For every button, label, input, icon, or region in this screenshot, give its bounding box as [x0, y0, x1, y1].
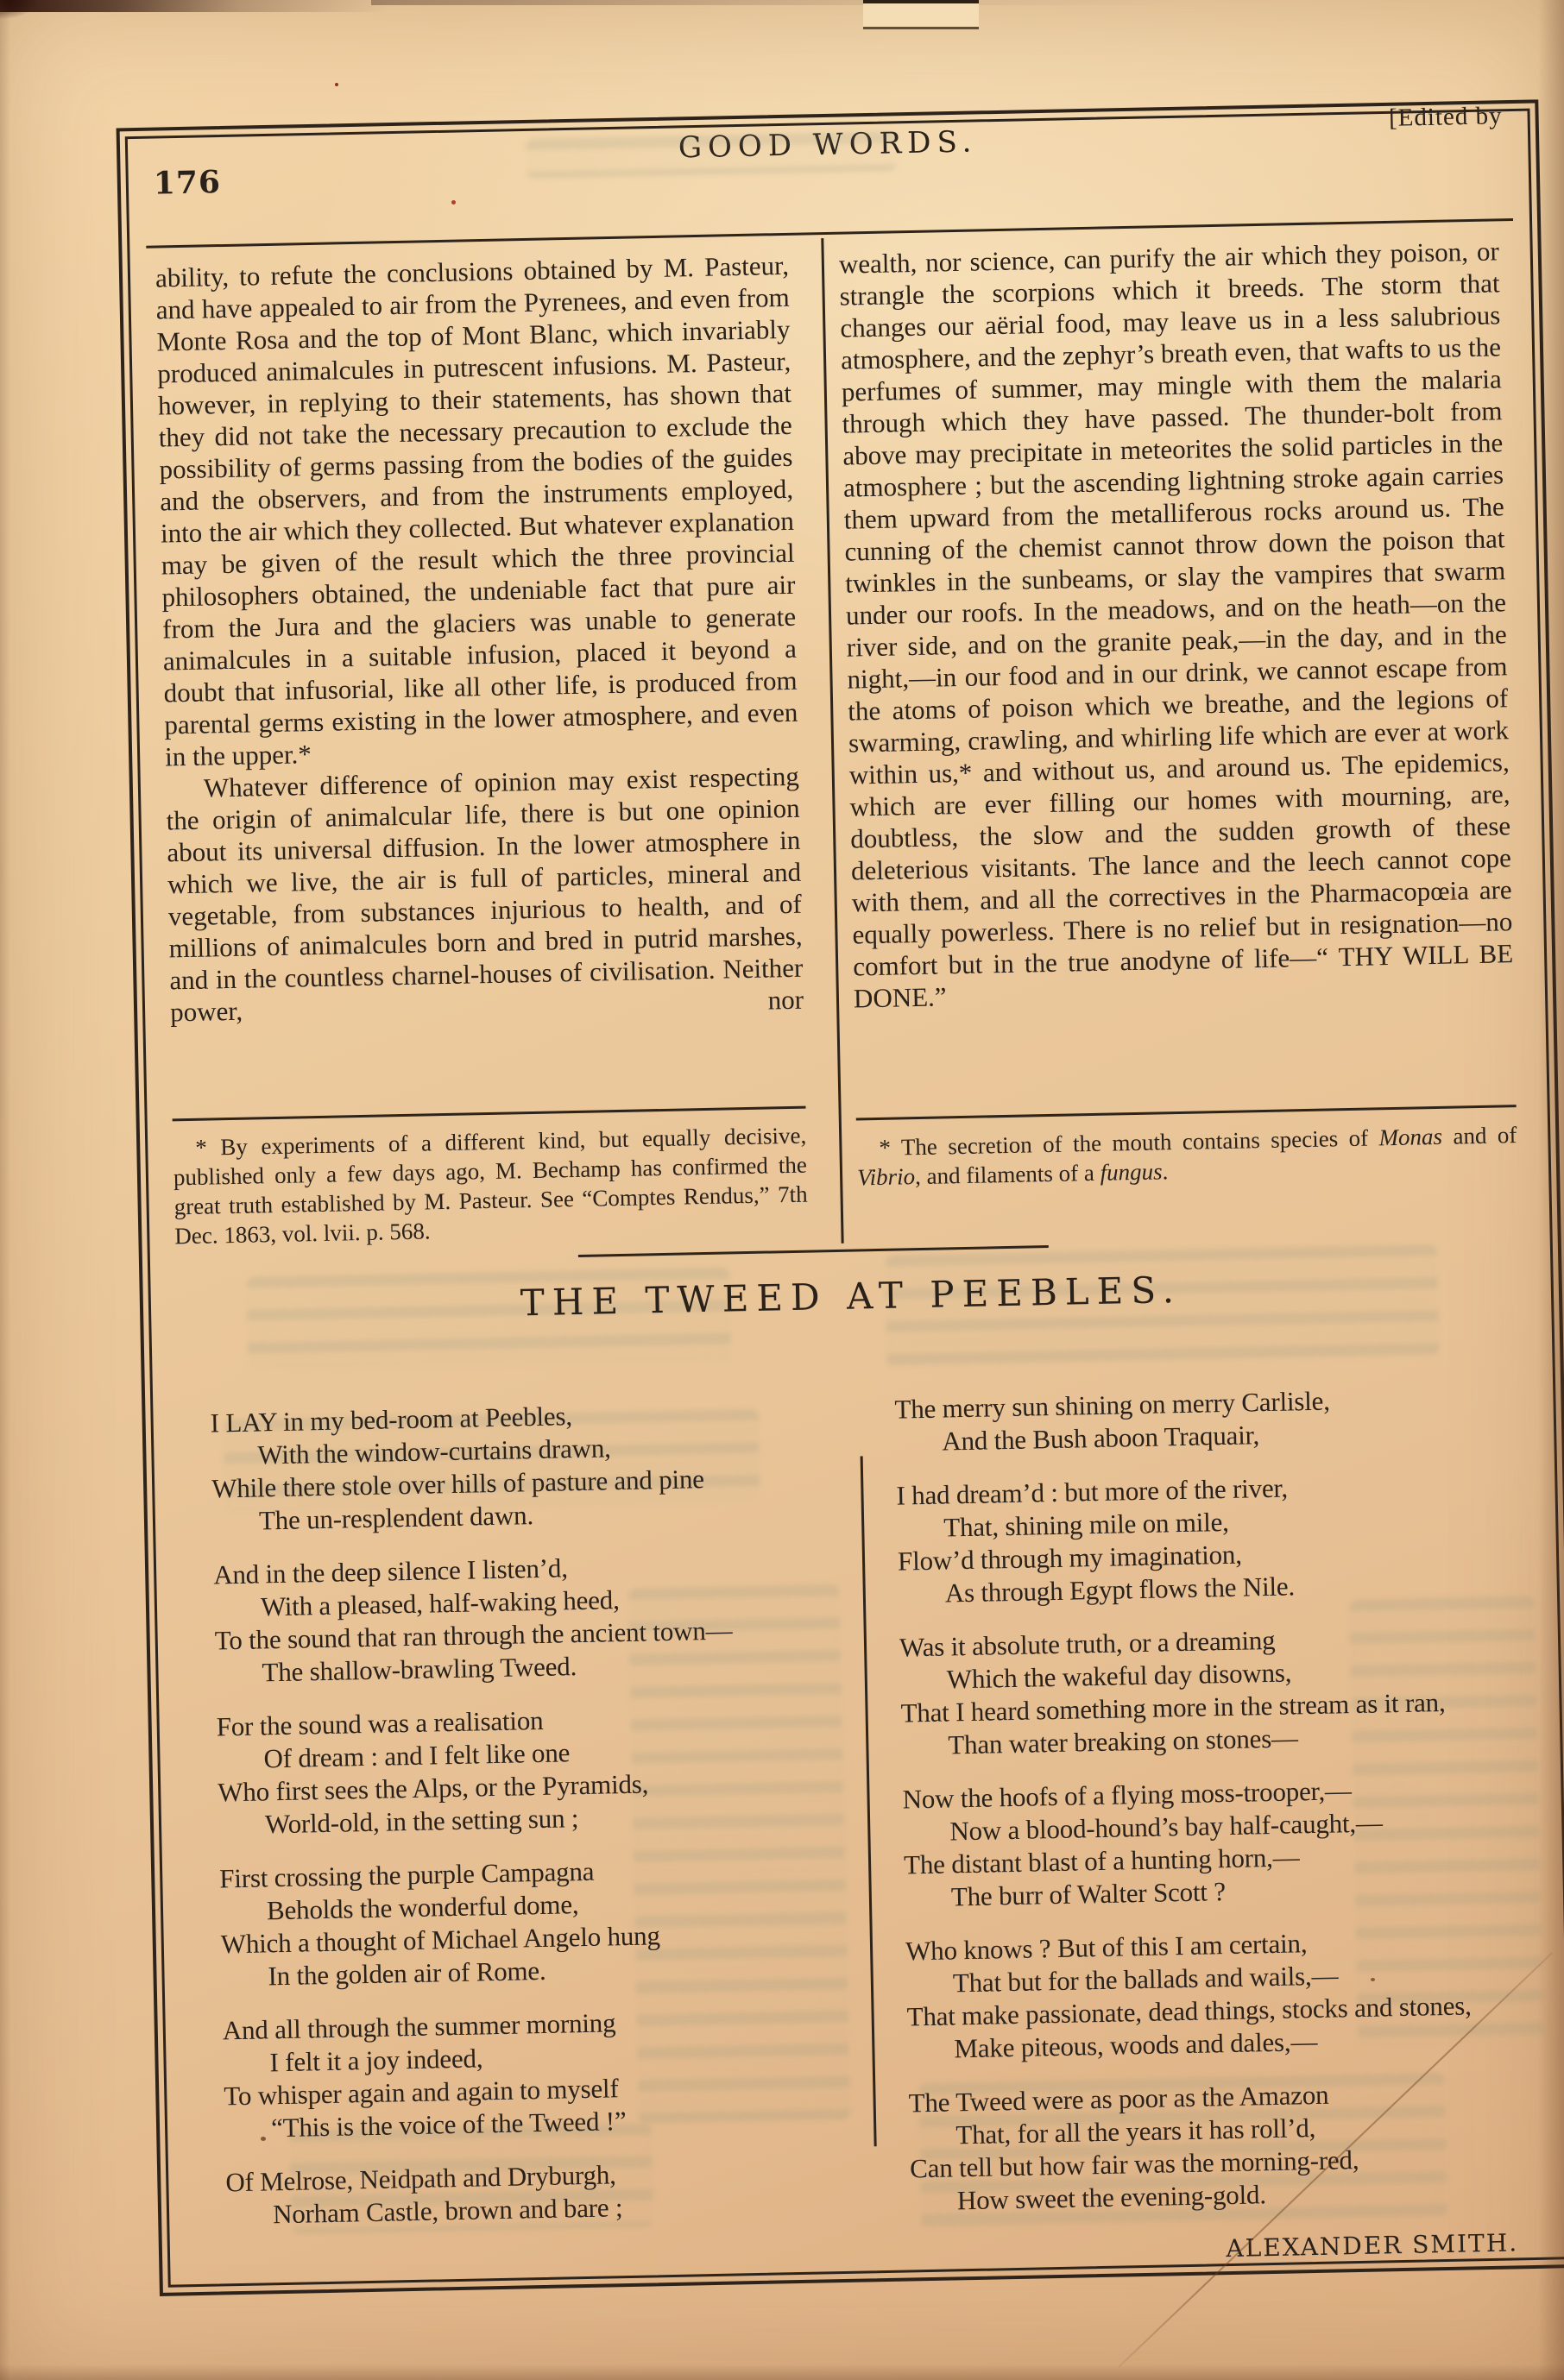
poem-stanza: Of Melrose, Neidpath and Dryburgh,Norham…: [225, 2154, 858, 2232]
poem-stanza: And in the deep silence I listen’d,With …: [213, 1546, 848, 1691]
column-divider-rule: [821, 238, 843, 1244]
plain-text: * The secretion of the mouth contains sp…: [879, 1124, 1379, 1161]
paper-speck: [451, 200, 456, 205]
italic-text: Monas: [1378, 1124, 1442, 1150]
poem-stanza: Now the hoofs of a flying moss-trooper,—…: [902, 1770, 1556, 1914]
poem-left-column: I LAY in my bed-room at Peebles,With the…: [210, 1395, 859, 2280]
edited-by-note: [Edited by: [1389, 102, 1503, 133]
paper-speck: [1371, 1978, 1375, 1981]
plain-text: and of: [1442, 1122, 1517, 1149]
italic-text: Vibrio: [857, 1163, 916, 1190]
plain-text: .: [1162, 1158, 1168, 1184]
italic-text: fungus: [1100, 1158, 1163, 1185]
poem-stanza: Who knows ? But of this I am certain,Tha…: [905, 1922, 1560, 2066]
paper-speck: [335, 83, 338, 86]
article-right-column: wealth, nor science, can purify the air …: [839, 235, 1517, 1119]
bleed-through-ghost: [526, 131, 898, 179]
poem-stanzas: I LAY in my bed-room at Peebles,With the…: [210, 1395, 858, 2232]
footnote-left: * By experiments of a different kind, bu…: [173, 1121, 809, 1251]
article-paragraph: wealth, nor science, can purify the air …: [839, 235, 1515, 1014]
plain-text: , and filaments of a: [915, 1160, 1100, 1189]
poem-stanzas: The merry sun shining on merry Carlisle,…: [894, 1380, 1562, 2218]
page-border-frame: 176 GOOD WORDS. [Edited by ability, to r…: [117, 99, 1564, 2296]
right-edge-shadow: [1538, 0, 1564, 2380]
footnote-text: * By experiments of a different kind, bu…: [173, 1121, 809, 1251]
poem-stanza: I had dream’d : but more of the river,Th…: [896, 1466, 1550, 1610]
poem-stanza: And all through the summer morningI felt…: [222, 2002, 856, 2146]
article-left-column: ability, to refute the conclusions obtai…: [155, 249, 806, 1121]
poem-right-column: The merry sun shining on merry Carlisle,…: [894, 1380, 1563, 2266]
left-edge-shadow: [0, 0, 10, 2380]
poem-stanza: Was it absolute truth, or a dreamingWhic…: [899, 1618, 1554, 1762]
footnote-text: * The secretion of the mouth contains sp…: [856, 1120, 1517, 1192]
scanned-book-page: 176 GOOD WORDS. [Edited by ability, to r…: [0, 0, 1564, 2380]
poem-stanza: I LAY in my bed-room at Peebles,With the…: [210, 1395, 844, 1539]
poem-author-signature: ALEXANDER SMITH.: [911, 2226, 1563, 2266]
paper-speck: [261, 2137, 266, 2141]
poem-stanza: The merry sun shining on merry Carlisle,…: [894, 1380, 1547, 1458]
poem-stanza: First crossing the purple CampagnaBehold…: [219, 1850, 854, 1994]
poem-stanza: For the sound was a realisationOf dream …: [216, 1698, 850, 1842]
article-paragraph: ability, to refute the conclusions obtai…: [155, 249, 799, 773]
bottom-edge-shadow: [0, 2364, 1564, 2380]
paper-speck: [1452, 896, 1455, 899]
poem-column-divider-rule: [861, 1456, 877, 2146]
poem-stanza: The Tweed were as poor as the AmazonThat…: [908, 2074, 1562, 2218]
article-paragraph: Whatever difference of opinion may exist…: [166, 760, 804, 1029]
tape-mark: [863, 0, 979, 29]
dark-corner-blotch: [0, 0, 69, 33]
footnote-right: * The secretion of the mouth contains sp…: [856, 1120, 1517, 1192]
dark-top-edge-thin: [371, 0, 1182, 5]
